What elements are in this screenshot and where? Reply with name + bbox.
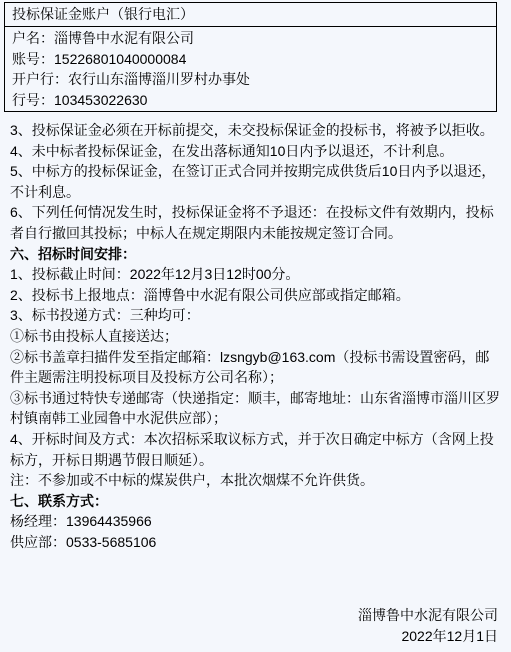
- document-page: 投标保证金账户（银行电汇） 户名：淄博鲁中水泥有限公司 账号：152268010…: [0, 2, 511, 647]
- account-holder-name: 户名：淄博鲁中水泥有限公司: [12, 28, 489, 49]
- account-table-body-row: 户名：淄博鲁中水泥有限公司 账号：15226801040000084 开户行：农…: [5, 27, 497, 112]
- line-refund-unsuccessful-bidder: 4、未中标者投标保证金，在发出落标通知10日内予以退还，不计利息。: [10, 141, 503, 162]
- line-method-express-mail: ③标书通过特快专递邮寄（快递指定：顺丰，邮寄地址：山东省淄博市淄川区罗村镇南韩工…: [10, 388, 503, 429]
- line-method-email: ②标书盖章扫描件发至指定邮箱：lzsngyb@163.com（投标书需设置密码，…: [10, 347, 503, 388]
- account-bank-branch: 开户行：农行山东淄博淄川罗村办事处: [12, 69, 489, 90]
- heading-contact-info: 七、联系方式：: [10, 491, 503, 512]
- line-forfeit-conditions: 6、下列任何情况发生时，投标保证金将不予退还：在投标文件有效期内，投标者自行撤回…: [10, 202, 503, 243]
- line-method-direct-delivery: ①标书由投标人直接送达；: [10, 326, 503, 347]
- line-contact-supply-dept: 供应部：0533-5685106: [10, 532, 503, 553]
- account-table-body: 户名：淄博鲁中水泥有限公司 账号：15226801040000084 开户行：农…: [5, 27, 497, 112]
- account-bank-code: 行号：103453022630: [12, 90, 489, 111]
- line-deposit-must-submit: 3、投标保证金必须在开标前提交，未交投标保证金的投标书，将被予以拒收。: [10, 120, 503, 141]
- signature-company: 淄博鲁中水泥有限公司: [0, 605, 498, 626]
- heading-bidding-schedule: 六、招标时间安排：: [10, 244, 503, 265]
- line-bid-opening: 4、开标时间及方式：本次招标采取议标方式，并于次日确定中标方（含网上投标方，开标…: [10, 429, 503, 470]
- line-bid-submission-location: 2、投标书上报地点：淄博鲁中水泥有限公司供应部或指定邮箱。: [10, 285, 503, 306]
- line-bid-delivery-methods: 3、标书投递方式：三种均可：: [10, 305, 503, 326]
- signature-block: 淄博鲁中水泥有限公司 2022年12月1日: [0, 605, 511, 646]
- account-number: 账号：15226801040000084: [12, 49, 489, 70]
- line-bid-deadline: 1、投标截止时间：2022年12月3日12时00分。: [10, 264, 503, 285]
- account-table-title-row: 投标保证金账户（银行电汇）: [5, 3, 497, 27]
- document-body: 3、投标保证金必须在开标前提交，未交投标保证金的投标书，将被予以拒收。 4、未中…: [0, 120, 511, 552]
- line-contact-manager: 杨经理：13964435966: [10, 511, 503, 532]
- line-refund-winning-bidder: 5、中标方的投标保证金，在签订正式合同并按期完成供货后10日内予以退还，不计利息…: [10, 161, 503, 202]
- line-note-coal-suppliers: 注：不参加或不中标的煤炭供户，本批次烟煤不允许供货。: [10, 470, 503, 491]
- deposit-account-table: 投标保证金账户（银行电汇） 户名：淄博鲁中水泥有限公司 账号：152268010…: [4, 2, 497, 112]
- account-table-title: 投标保证金账户（银行电汇）: [5, 3, 497, 27]
- signature-date: 2022年12月1日: [0, 626, 498, 647]
